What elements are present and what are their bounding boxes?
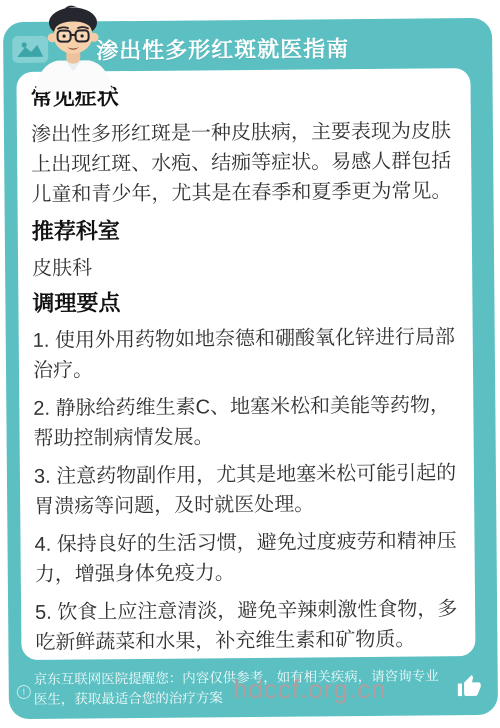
card-header: 渗出性多形红斑就医指南 bbox=[3, 18, 492, 72]
doctor-avatar bbox=[25, 4, 122, 92]
page: 渗出性多形红斑就医指南 常见症状 渗出性多形红斑是一种皮肤病，主要表现为皮肤上出… bbox=[0, 0, 500, 728]
care-item-3: 3. 注意药物副作用，尤其是地塞米松可能引起的胃溃疡等问题，及时就医处理。 bbox=[34, 458, 461, 522]
thumbs-up-icon[interactable] bbox=[457, 673, 482, 703]
department-text: 皮肤科 bbox=[32, 250, 458, 284]
guide-card: 渗出性多形红斑就医指南 常见症状 渗出性多形红斑是一种皮肤病，主要表现为皮肤上出… bbox=[3, 18, 498, 719]
care-item-5: 5. 饮食上应注意清淡，避免辛辣刺激性食物，多吃新鲜蔬菜和水果，补充维生素和矿物… bbox=[35, 594, 462, 658]
card-body: 常见症状 渗出性多形红斑是一种皮肤病，主要表现为皮肤上出现红斑、水疱、结痂等症状… bbox=[16, 68, 475, 660]
care-item-4: 4. 保持良好的生活习惯，避免过度疲劳和精神压力，增强身体免疫力。 bbox=[34, 526, 461, 590]
section-heading-department: 推荐科室 bbox=[32, 214, 458, 246]
disclaimer-text: 京东互联网医院提醒您：内容仅供参考，如有相关疾病，请咨询专业医生，获取最适合您的… bbox=[34, 666, 446, 710]
care-item-2: 2. 静脉给药维生素C、地塞米松和美能等药物，帮助控制病情发展。 bbox=[33, 390, 460, 454]
symptoms-text: 渗出性多形红斑是一种皮肤病，主要表现为皮肤上出现红斑、水疱、结痂等症状。易感人群… bbox=[31, 116, 458, 210]
card-footer: ! 京东互联网医院提醒您：内容仅供参考，如有相关疾病，请咨询专业医生，获取最适合… bbox=[9, 656, 498, 719]
section-heading-care: 调理要点 bbox=[32, 286, 458, 318]
care-item-1: 1. 使用外用药物如地奈德和硼酸氧化锌进行局部治疗。 bbox=[33, 322, 460, 386]
card-title: 渗出性多形红斑就医指南 bbox=[96, 32, 349, 65]
info-icon: ! bbox=[17, 684, 31, 698]
